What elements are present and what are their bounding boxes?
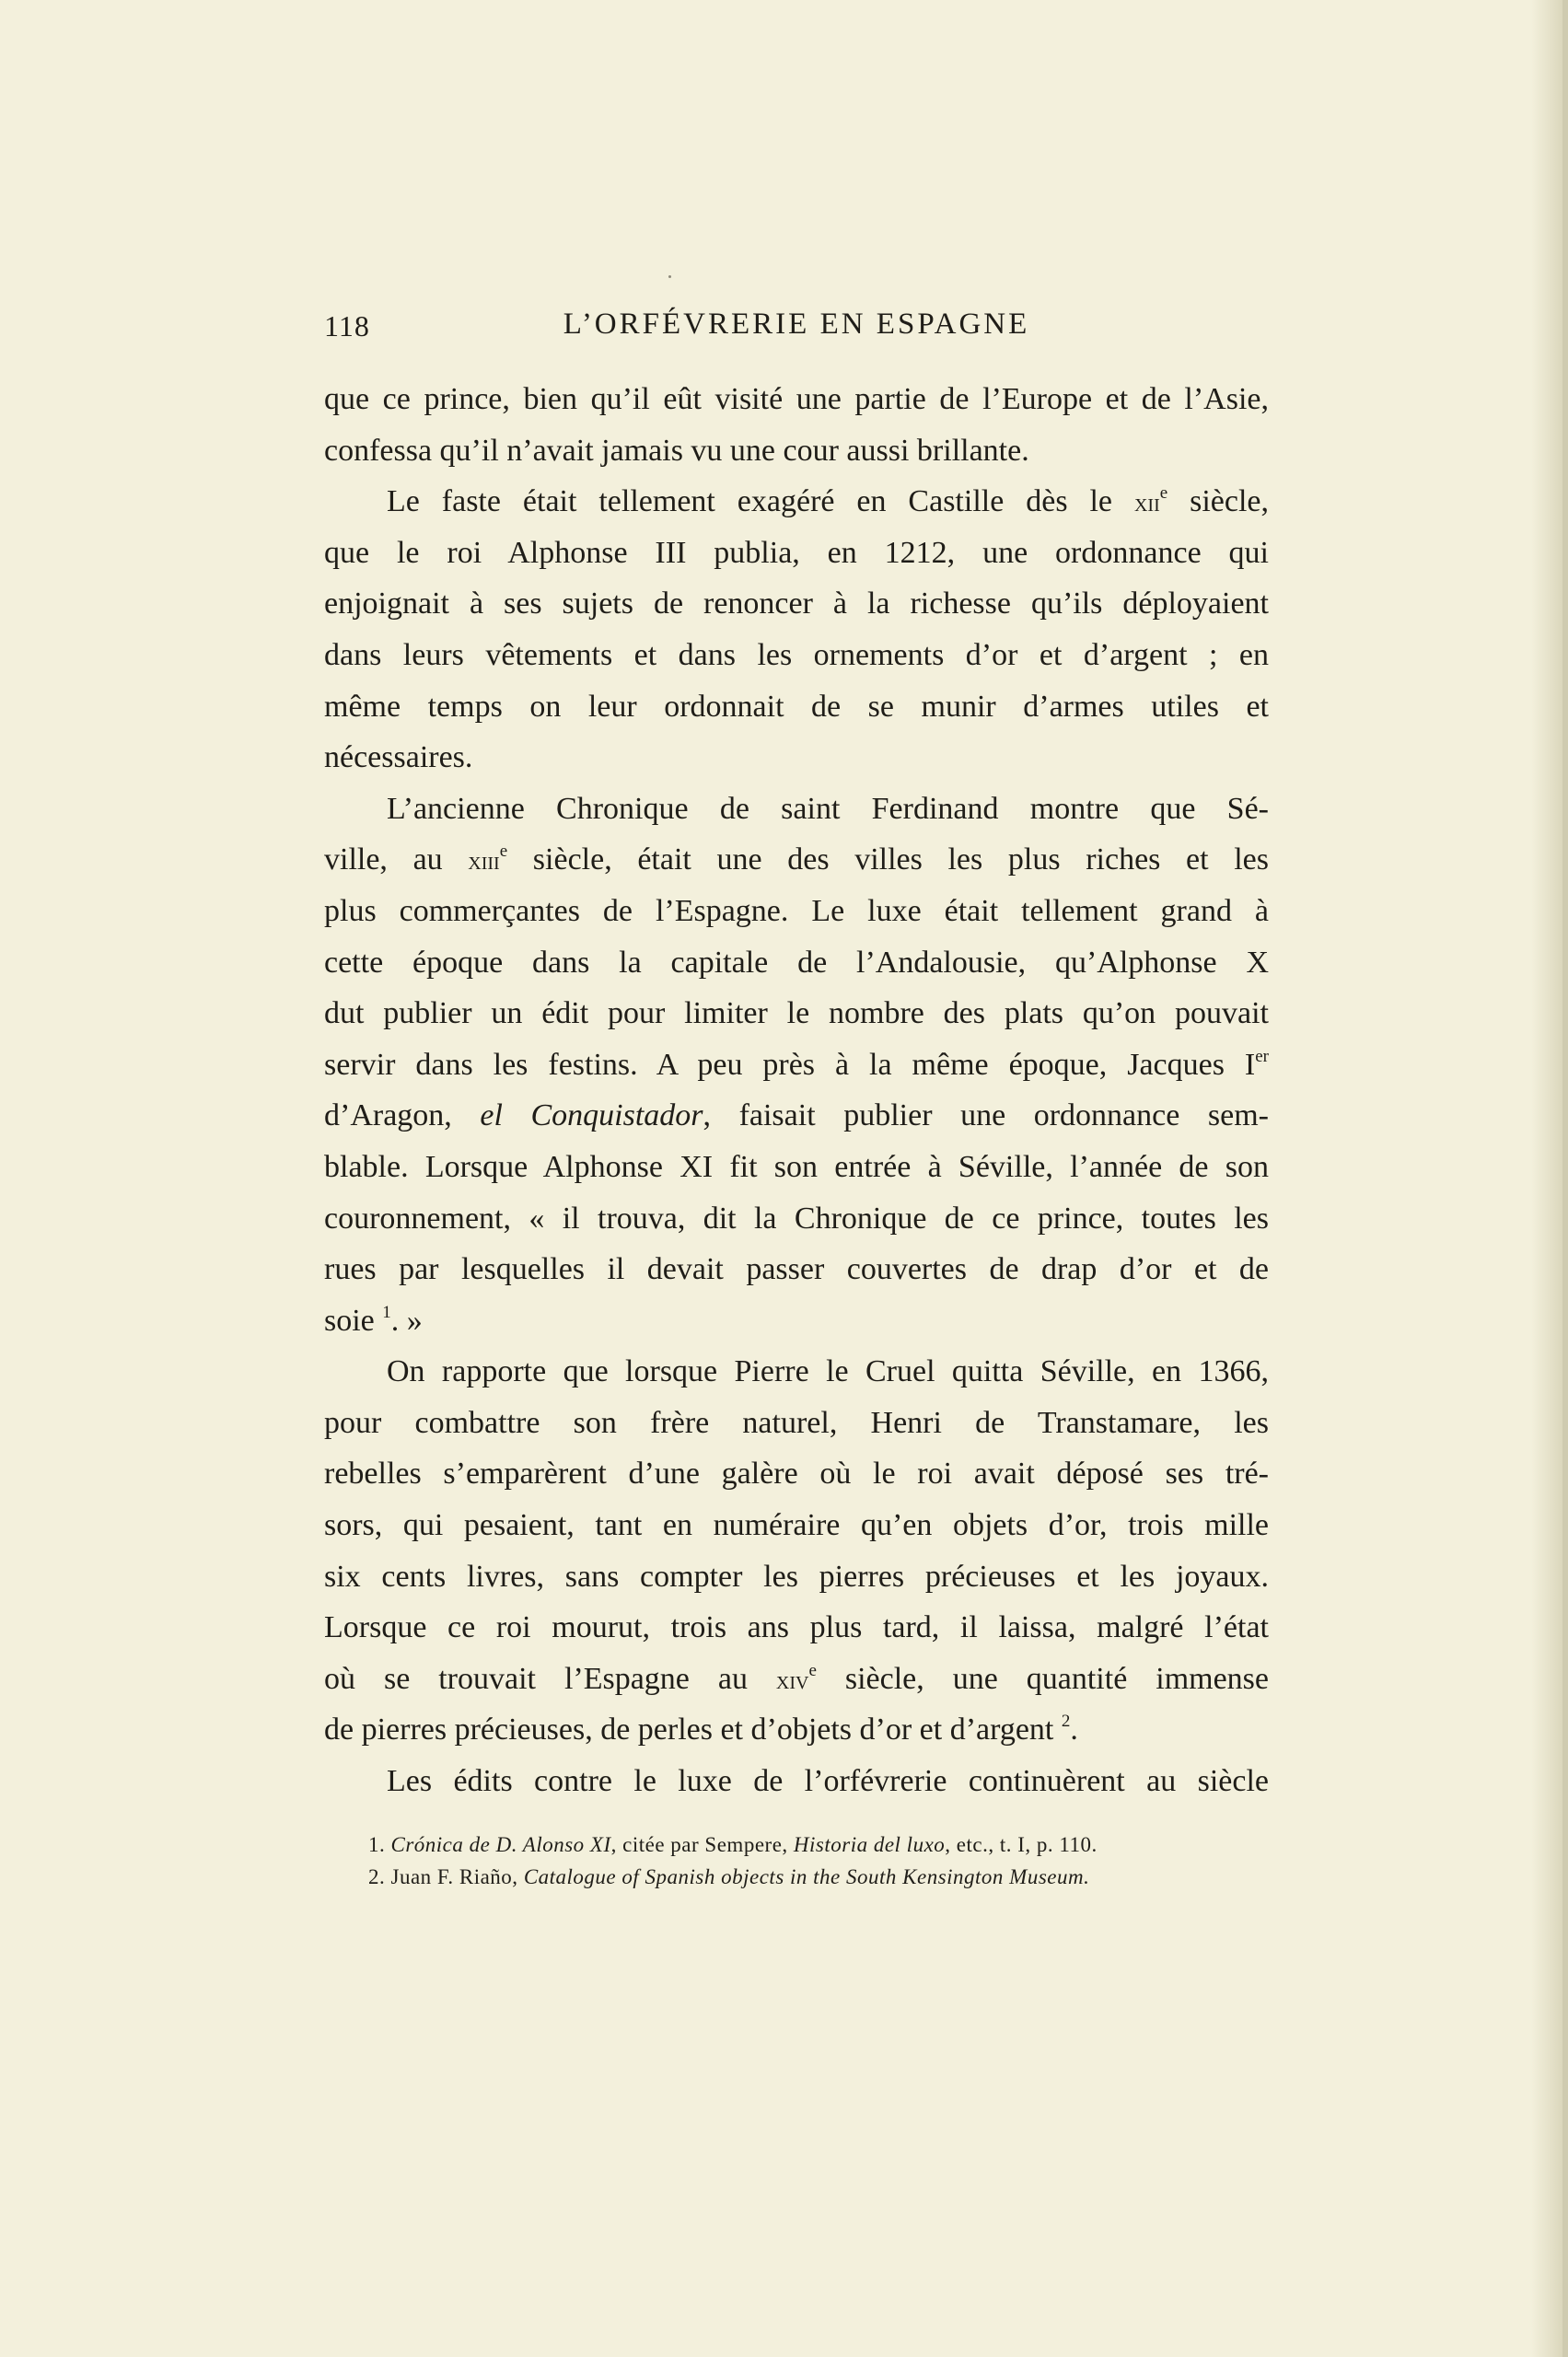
text-line: plus commerçantes de l’Espagne. Le luxe … <box>324 886 1269 937</box>
footnote-number: 1. <box>368 1833 385 1856</box>
footnote-ref-1[interactable]: 1 <box>382 1303 391 1322</box>
text-line: enjoignait à ses sujets de renoncer à la… <box>324 578 1269 630</box>
text-line: d’Aragon, el Conquistador, faisait publi… <box>324 1090 1269 1142</box>
text-line: pour combattre son frère naturel, Henri … <box>324 1398 1269 1449</box>
running-title: L’ORFÉVRERIE EN ESPAGNE <box>324 308 1269 342</box>
text-line: servir dans les festins. A peu près à la… <box>324 1039 1269 1091</box>
italic-phrase: el Conquistador <box>480 1098 703 1132</box>
running-header: 118 L’ORFÉVRERIE EN ESPAGNE <box>324 308 1269 354</box>
text-line: couronnement, « il trouva, dit la Chroni… <box>324 1193 1269 1245</box>
text-line: que le roi Alphonse III publia, en 1212,… <box>324 528 1269 579</box>
text-line: de pierres précieuses, de perles et d’ob… <box>324 1704 1269 1756</box>
footnote-ref-2[interactable]: 2 <box>1062 1712 1071 1731</box>
text-line: nécessaires. <box>324 732 1269 784</box>
text-line: Les édits contre le luxe de l’orfévrerie… <box>324 1756 1269 1807</box>
text-line: Le faste était tellement exagéré en Cast… <box>324 476 1269 528</box>
text-line: cette époque dans la capitale de l’Andal… <box>324 937 1269 989</box>
text-line: blable. Lorsque Alphonse XI fit son entr… <box>324 1142 1269 1193</box>
text-line: sors, qui pesaient, tant en numéraire qu… <box>324 1500 1269 1551</box>
text-line: dut publier un édit pour limiter le nomb… <box>324 988 1269 1039</box>
paper-speck <box>668 275 671 278</box>
text-line: rebelles s’emparèrent d’une galère où le… <box>324 1448 1269 1500</box>
footnote-number: 2. <box>368 1865 385 1888</box>
text-line: L’ancienne Chronique de saint Ferdinand … <box>324 784 1269 835</box>
text-line: confessa qu’il n’avait jamais vu une cou… <box>324 425 1269 477</box>
text-line: ville, au xiiie siècle, était une des vi… <box>324 834 1269 886</box>
page-edge <box>1562 0 1568 2357</box>
text-line: même temps on leur ordonnait de se munir… <box>324 681 1269 733</box>
text-line: soie 1. » <box>324 1295 1269 1347</box>
text-line: Lorsque ce roi mourut, trois ans plus ta… <box>324 1602 1269 1654</box>
text-line: où se trouvait l’Espagne au xive siècle,… <box>324 1654 1269 1705</box>
body-text: que ce prince, bien qu’il eût visité une… <box>324 374 1269 1807</box>
footnote-2: 2. Juan F. Riaño, Catalogue of Spanish o… <box>368 1861 1252 1893</box>
text-line: dans leurs vêtements et dans les ornemen… <box>324 630 1269 681</box>
text-line: rues par lesquelles il devait passer cou… <box>324 1244 1269 1295</box>
footnote-1: 1. Crónica de D. Alonso XI, citée par Se… <box>368 1829 1252 1861</box>
footnotes: 1. Crónica de D. Alonso XI, citée par Se… <box>368 1829 1252 1893</box>
text-line: six cents livres, sans compter les pierr… <box>324 1551 1269 1603</box>
text-line: On rapporte que lorsque Pierre le Cruel … <box>324 1346 1269 1398</box>
text-line: que ce prince, bien qu’il eût visité une… <box>324 374 1269 425</box>
